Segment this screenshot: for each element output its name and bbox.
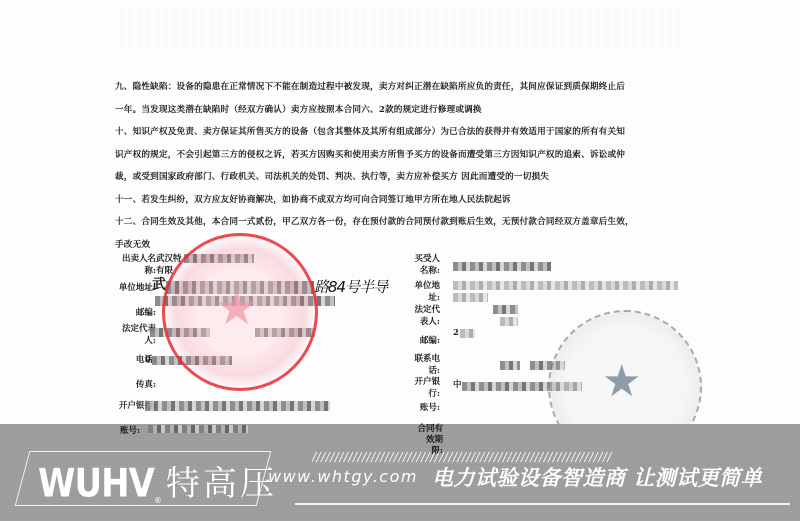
buyer-bank-label-2: 行: [400,389,440,400]
contract-clauses: 九、隐性缺陷：设备的隐患在正常情况下不能在制造过程中被发现，卖方对纠正潜在缺陷所… [115,76,705,256]
redacted-account [148,425,248,433]
clause-line: 十、知识产权及免责、卖方保证其所售买方的设备（包含其整体及其所有组成部分）为已合… [115,121,705,144]
clause-line: 裁，或受到国家政府部门、行政机关、司法机关的处罚、判决、执行等，卖方应补偿买方 … [115,166,705,189]
seller-fax-label: 传真: [104,380,156,391]
seller-name-label-1: 出卖人名 [104,254,156,265]
seller-legal-rep-label-1: 法定代表 [104,324,156,335]
watermark-banner: 账号: 合同有 效期限: WUHV®特高压 //////////////////… [0,424,800,521]
divider [295,503,790,505]
buyer-postcode-label: 邮编: [400,336,440,347]
clause-line: 十二、合同生效及其他，本合同一式贰份，甲乙双方各一份，存在预付款的合同预付款到账… [115,211,705,234]
buyer-account-label: 账号: [400,403,440,414]
brand-name-cn: 特高压 [166,464,277,504]
buyer-phone-label-2: 话: [400,366,440,377]
clause-line: 识产权的规定，不会引起第三方的侵权之诉，若买方因购买和使用卖方所售予买方的设备而… [115,144,705,167]
buyer-address-label-1: 单位地 [400,281,440,292]
redacted-buyer-name [453,262,551,271]
buyer-phone-label-1: 联系电 [400,354,440,365]
seller-postcode-label: 邮编: [104,308,156,319]
clause-line: 一年。当发现这类潜在缺陷时（经双方确认）卖方应按照本合同六、2款的规定进行修理或… [115,99,705,122]
redacted-buyer-legal-rep-2 [500,317,518,326]
seller-address-handwritten: 路84号半导 [314,276,387,297]
slogan: 电力试验设备智造商 让测试更简单 [432,462,762,492]
seller-seal: ★ [162,233,318,391]
redacted-buyer-legal-rep [493,305,518,314]
seller-legal-rep-label-2: 人: [104,336,156,347]
clause-line: 九、隐性缺陷：设备的隐患在正常情况下不能在制造过程中被发现，卖方对纠正潜在缺陷所… [115,76,705,99]
redacted-buyer-postcode [460,329,475,338]
seal-star-icon: ★ [602,360,641,404]
buyer-bank-label-1: 开户银 [400,377,440,388]
buyer-legal-rep-label-2: 表人: [400,317,440,328]
buyer-address-label-2: 址: [400,293,440,304]
seller-name-label-2: 称: [104,266,156,277]
buyer-validity-label-1: 合同有 [415,424,443,435]
seller-address-label: 单位地址: [94,283,156,294]
buyer-name-label-2: 名称: [400,266,440,277]
seller-address-prefix: 武 [152,280,166,291]
buyer-legal-rep-label-1: 法定代 [400,305,440,316]
clause-line: 十一、若发生纠纷，双方应友好协商解决，如协商不成双方均可向合同签订地甲方所在地人… [115,189,705,212]
redacted-buyer-address-2 [453,293,488,302]
buyer-name-label-1: 买受人 [400,254,440,265]
brand-name: WUHV [38,461,154,507]
redacted-buyer-address [453,281,678,290]
faint-bleedthrough [120,8,680,48]
redacted-buyer-phone [500,361,520,370]
seal-star-icon: ★ [215,284,258,332]
website-url: www.whtgy.com [268,467,418,486]
seller-phone-prefix: 0 [145,355,151,366]
seller-account-label: 账号: [120,424,140,436]
buyer-postcode-prefix: 2 [453,328,459,339]
registered-mark: ® [154,496,162,505]
buyer-bank-prefix: 中 [453,380,462,391]
redacted-bank [145,401,330,411]
brand-logo: WUHV®特高压 [38,456,277,505]
